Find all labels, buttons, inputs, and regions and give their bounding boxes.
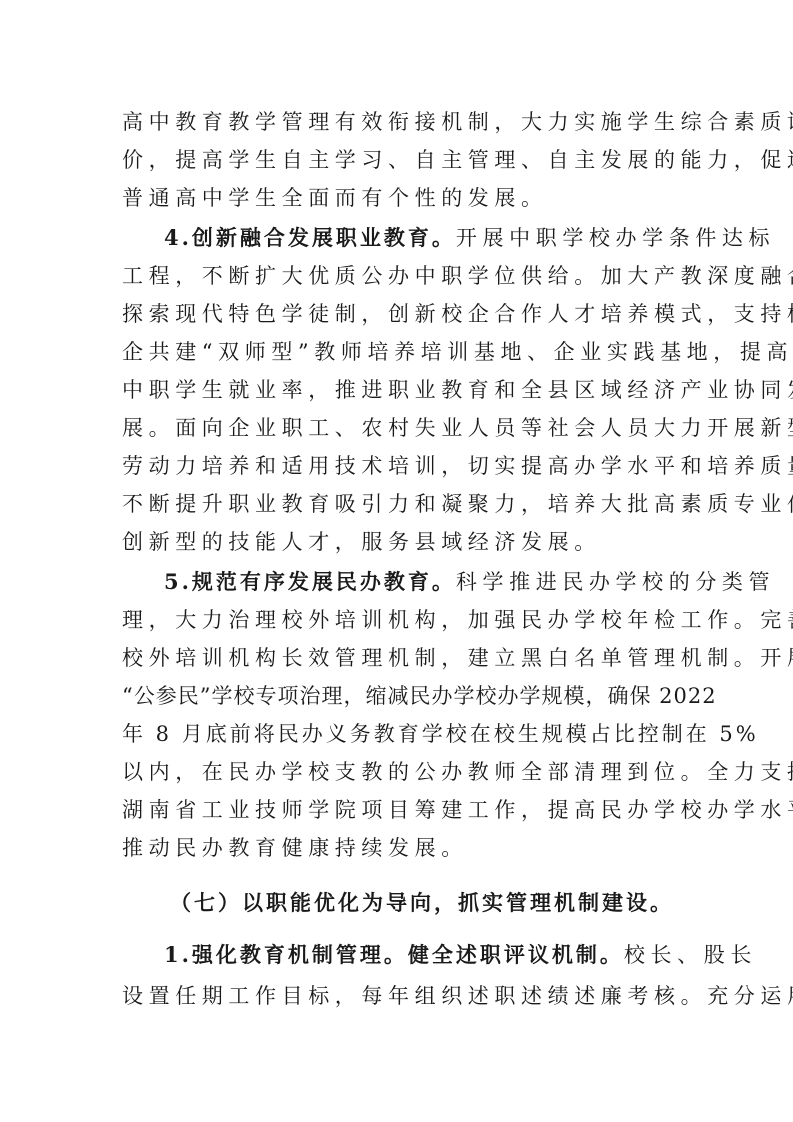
paragraph-line: 普通高中学生全面而有个性的发展。	[122, 183, 672, 213]
paragraph-line: 湖南省工业技师学院项目筹建工作，提高民办学校办学水平，	[122, 795, 672, 825]
paragraph-line: 价，提高学生自主学习、自主管理、自主发展的能力，促进	[122, 145, 672, 175]
item-4-heading: 4.创新融合发展职业教育。	[164, 225, 456, 250]
paragraph-text: 科学推进民办学校的分类管	[456, 570, 775, 594]
paragraph-text: 校长、股长	[624, 943, 757, 967]
paragraph-line: 高中教育教学管理有效衔接机制，大力实施学生综合素质评	[122, 107, 672, 137]
paragraph-line: 劳动力培养和适用技术培训，切实提高办学水平和培养质量，	[122, 451, 672, 481]
item-5-heading: 5.规范有序发展民办教育。	[164, 569, 456, 594]
paragraph-line: 不断提升职业教育吸引力和凝聚力，培养大批高素质专业化	[122, 489, 672, 519]
paragraph-line: 展。面向企业职工、农村失业人员等社会人员大力开展新型	[122, 413, 672, 443]
item-1-heading-line: 1.强化教育机制管理。健全述职评议机制。校长、股长	[164, 940, 672, 970]
paragraph-line: 中职学生就业率，推进职业教育和全县区域经济产业协同发	[122, 375, 672, 405]
paragraph-line: 推动民办教育健康持续发展。	[122, 833, 672, 863]
paragraph-line: 理，大力治理校外培训机构，加强民办学校年检工作。完善	[122, 605, 672, 635]
item-4-heading-line: 4.创新融合发展职业教育。开展中职学校办学条件达标	[164, 223, 672, 253]
paragraph-line: 工程，不断扩大优质公办中职学位供给。加大产教深度融合，	[122, 261, 672, 291]
paragraph-line: 年 8 月底前将民办义务教育学校在校生规模占比控制在 5%	[122, 719, 672, 749]
paragraph-line: 设置任期工作目标，每年组织述职述绩述廉考核。充分运用	[122, 981, 672, 1011]
section-heading: （七）以职能优化为导向，抓实管理机制建设。	[170, 888, 670, 918]
document-page: 高中教育教学管理有效衔接机制，大力实施学生综合素质评 价，提高学生自主学习、自主…	[0, 0, 793, 1122]
paragraph-text: 开展中职学校办学条件达标	[456, 226, 775, 250]
paragraph-line: 以内，在民办学校支教的公办教师全部清理到位。全力支持	[122, 757, 672, 787]
paragraph-line: 企共建“双师型”教师培养培训基地、企业实践基地，提高	[122, 337, 672, 367]
paragraph-line: 校外培训机构长效管理机制，建立黑白名单管理机制。开展	[122, 643, 672, 673]
paragraph-line: 创新型的技能人才，服务县域经济发展。	[122, 527, 672, 557]
item-1-heading: 1.强化教育机制管理。健全述职评议机制。	[164, 942, 624, 967]
item-5-heading-line: 5.规范有序发展民办教育。科学推进民办学校的分类管	[164, 567, 672, 597]
paragraph-line: 探索现代特色学徒制，创新校企合作人才培养模式，支持校	[122, 299, 672, 329]
paragraph-line: “公参民”学校专项治理，缩减民办学校办学规模，确保 2022	[122, 681, 672, 711]
